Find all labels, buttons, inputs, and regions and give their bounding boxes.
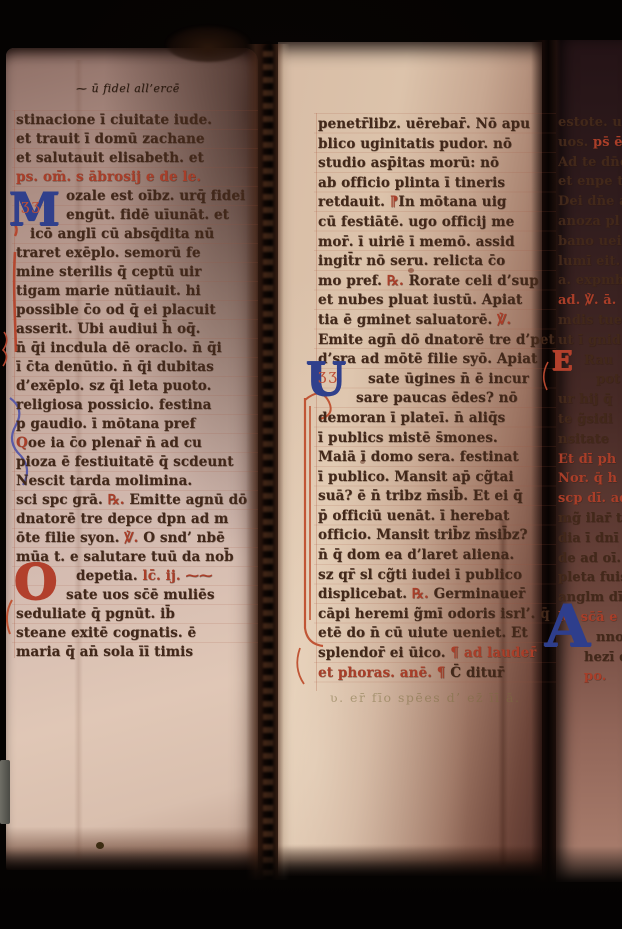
text-line: cū festiātē. ugo officij me — [318, 213, 558, 233]
text-segment: ur hij q̄ — [558, 392, 612, 407]
text-line: ingit̄r nō seru. relicta c̄o — [318, 252, 558, 272]
text-segment: pleta fuis — [558, 570, 622, 585]
text-line: possible c̄o od q̄ ei placuit — [16, 301, 256, 320]
text-line: mine sterilis q̄ ceptū uir — [16, 263, 256, 282]
text-segment: demoran ī plateī. n̄ aliq̄s — [318, 410, 505, 426]
text-line: te g̃sidi — [558, 410, 622, 430]
stain-speck — [360, 460, 365, 464]
text-line: pioza ē festiuitatē q̄ scdeunt — [16, 453, 256, 472]
text-segment: bano ueiē — [558, 234, 622, 249]
text-segment: mg̃ ilar̄ t — [558, 511, 622, 526]
text-line: studio asp̄itas morū: nō — [318, 154, 558, 174]
faded-annotation: ʋ. er̄ fīo spēes d’ ez̄ īī ā. — [330, 690, 520, 705]
text-line: Et dī ph — [558, 450, 622, 470]
text-segment: Germinauer̄ — [434, 586, 526, 602]
text-line: po. — [558, 667, 622, 687]
text-line: suā? ē n̄ tribz m̄sib̄. Et ei q̄ — [318, 487, 558, 507]
text-line: Nescit tarda molimina. — [16, 472, 256, 491]
text-line: tia ē gminet saluatorē. ℣. — [318, 311, 558, 331]
text-line: et enpe ta — [558, 172, 622, 192]
text-line: maria q̄ an̄ sola īī timis — [16, 643, 256, 662]
text-segment: p̄ officiū uenāt. ī herebat — [318, 508, 509, 524]
text-segment: sci spc grā. — [16, 492, 108, 508]
text-line: ī publics mistē s̄mones. — [318, 429, 558, 449]
text-segment: sz qr̄ sl cg̃ti iudei ī publico — [318, 567, 522, 583]
text-segment: C̄ ditur̄ — [450, 665, 504, 681]
text-segment: pioza ē festiuitatē q̄ scdeunt — [16, 454, 234, 470]
text-line: p gaudio. ī mōtana pref — [16, 415, 256, 434]
text-line: ab officio plinta ī tineris — [318, 174, 558, 194]
text-segment: asserit. Ubi audiui h̄ oq̄. — [16, 321, 200, 337]
stain-speck — [408, 268, 414, 273]
text-segment: possible c̄o od q̄ ei placuit — [16, 302, 216, 318]
text-line: retdauit. ⁋In mōtana uig — [318, 193, 558, 213]
text-segment: ℣. — [497, 312, 511, 328]
text-line: estote. u — [558, 113, 622, 133]
text-line: stinacione ī ciuitate iude. — [16, 111, 256, 130]
text-segment: Rorate celi d’sup — [409, 273, 539, 289]
text-line: sare paucas ēdes? nō — [318, 389, 558, 409]
text-line: officio. Mansit trib̄z m̄sib̄z? — [318, 526, 558, 546]
text-line: steane exitē cognatis. ē — [16, 624, 256, 643]
text-line: tigam marie nūtiauit. hi — [16, 282, 256, 301]
text-segment: Nor. q̄ h — [558, 471, 617, 486]
text-segment: ad. ℣. ā. — [558, 293, 616, 308]
text-segment: ozale est oībz. urq̄ fidei — [66, 188, 245, 204]
text-line: nsitate — [558, 430, 622, 450]
text-segment: suā? ē n̄ tribz m̄sib̄. Et ei q̄ — [318, 488, 523, 504]
text-line: blico uginitatis pudor. nō — [318, 135, 558, 155]
text-segment: O snd’ nbē — [143, 530, 225, 546]
text-line: Nor. q̄ h — [558, 469, 622, 489]
text-line: ī c̄ta denūtio. n̄ q̄i dubitas — [16, 358, 256, 377]
text-segment: sate ūgines n̄ ē incur — [368, 371, 529, 387]
text-segment: et nubes pluat iustū. Apiat — [318, 292, 522, 308]
text-segment: dia ī dnī — [558, 531, 619, 546]
text-segment: ℞. — [108, 492, 130, 508]
text-segment: de ad oī. — [558, 551, 621, 566]
text-line: sate ūgines n̄ ē incur — [318, 370, 558, 390]
text-segment: blico uginitatis pudor. nō — [318, 136, 512, 152]
text-line: Qoe ia c̄o plenar̄ n̄ ad cu — [16, 434, 256, 453]
text-segment: uos. — [558, 135, 593, 150]
text-segment: ōte filie syon. — [16, 530, 124, 546]
text-line: dnatorē tre depce dpn ad m — [16, 510, 256, 529]
text-segment: Nescit tarda molimina. — [16, 473, 192, 489]
manuscript-photo: ⁓ ū fidel all’ercē stinacione ī ciuitate… — [0, 0, 622, 929]
text-line: et trauit ī domū zachane — [16, 130, 256, 149]
text-line: ad. ℣. ā. — [558, 291, 622, 311]
text-line: dia ī dnī — [558, 529, 622, 549]
text-segment: sare paucas ēdes? nō — [356, 390, 518, 406]
initial-letter-e: E — [552, 346, 573, 377]
text-segment: oe ia c̄o plenar̄ n̄ ad cu — [28, 435, 202, 451]
text-line: ur hij q̄ — [558, 390, 622, 410]
text-line: etē do n̄ cū uiute ueniet. Et — [318, 624, 558, 644]
text-segment: nno. — [596, 630, 622, 645]
text-segment: ℣. — [124, 530, 143, 546]
text-segment: ab officio plinta ī tineris — [318, 175, 505, 191]
text-segment: ℞. — [387, 273, 409, 289]
text-segment: traret exēplo. semorū fe — [16, 245, 201, 261]
text-line: cāpi heremi g̃mī odoris isrl’. q̄ — [318, 605, 558, 625]
text-segment: studio asp̄itas morū: nō — [318, 155, 499, 171]
text-line: p̄ officiū uenāt. ī herebat — [318, 507, 558, 527]
text-segment: et trauit ī domū zachane — [16, 131, 205, 147]
text-segment: lc̄. ij. ⁓⁓ — [142, 568, 212, 584]
text-segment: po. — [584, 669, 606, 684]
text-segment: tia ē gminet saluatorē. — [318, 312, 497, 328]
filigree-marks: ʒʒ — [318, 366, 339, 384]
text-line: displicebat. ℞. Germinauer̄ — [318, 585, 558, 605]
text-segment: cū festiātē. ugo officij me — [318, 214, 514, 230]
text-segment: sate uos sc̄ē muliēs — [66, 587, 215, 603]
text-segment: d’sra ad mōtē filie syō. Apiat — [318, 351, 537, 367]
text-line: ōte filie syon. ℣. O snd’ nbē — [16, 529, 256, 548]
text-segment: Emite agn̄ dō dnatorē tre d’pet — [318, 332, 555, 348]
text-segment: et phoras. anē. ¶ — [318, 665, 450, 681]
text-line: et nubes pluat iustū. Apiat — [318, 291, 558, 311]
text-line: splendor̄ ei ūico. ¶ ad lauder̄ — [318, 644, 558, 664]
initial-letter-a: A — [545, 592, 590, 660]
text-segment: mine sterilis q̄ ceptū uir — [16, 264, 201, 280]
filigree-marks: ʒʒ — [21, 196, 42, 214]
text-line: mdis tue — [558, 311, 622, 331]
text-line: mor̄. ī uiriē ī memō. assid — [318, 233, 558, 253]
text-segment: engūt. fidē uīunāt. et — [66, 207, 229, 223]
text-segment: lumī eit. — [558, 254, 622, 269]
text-segment: Et dī ph — [558, 452, 616, 467]
text-segment: Maiā ī domo sera. festinat — [318, 449, 519, 465]
text-line: asserit. Ubi audiui h̄ oq̄. — [16, 320, 256, 339]
shadow-vignette — [0, 846, 622, 929]
text-line: Dei dn̄e a — [558, 192, 622, 212]
text-segment: ī publico. Mansit ap̄ cg̃tai — [318, 469, 514, 485]
text-segment: etē do n̄ cū uiute ueniet. Et — [318, 625, 528, 641]
text-segment: d’exēplo. sz q̄i leta puoto. — [16, 378, 211, 394]
text-segment: Dei dn̄e a — [558, 194, 622, 209]
text-segment: mo pref. — [318, 273, 387, 289]
text-segment: tigam marie nūtiauit. hi — [16, 283, 201, 299]
text-segment: Emitte agnū dō — [129, 492, 247, 508]
text-segment: mdis tue — [558, 313, 622, 328]
text-segment: steane exitē cognatis. ē — [16, 625, 196, 641]
text-line: Ad te dn̄e — [558, 153, 622, 173]
text-line: lumī eit. Ā — [558, 252, 622, 272]
text-segment: a. expmba — [558, 273, 622, 288]
text-segment: mor̄. ī uiriē ī memō. assid — [318, 234, 515, 250]
text-segment: n̄ q̄i incdula dē oraclo. n̄ q̄i — [16, 340, 222, 356]
text-line: a. expmba — [558, 271, 622, 291]
text-segment: te g̃sidi — [558, 412, 613, 427]
text-line: et salutauit elisabeth. et — [16, 149, 256, 168]
text-line: penetr̄libz. uērebar̄. Nō apu — [318, 115, 558, 135]
text-segment: stinacione ī ciuitate iude. — [16, 112, 212, 128]
text-line: mo pref. ℞. Rorate celi d’sup — [318, 272, 558, 292]
text-line: n̄ q̄ dom ea d’laret aliena. — [318, 546, 558, 566]
text-segment: pot — [596, 372, 620, 387]
text-segment: et salutauit elisabeth. et — [16, 150, 204, 166]
text-line: anoza pl — [558, 212, 622, 232]
text-segment: ps̄ ē — [593, 135, 622, 150]
text-segment: splendor̄ ei ūico. — [318, 645, 450, 661]
text-segment: In mōtana uig — [398, 194, 506, 210]
text-segment: retdauit. — [318, 194, 390, 210]
text-line: et phoras. anē. ¶ C̄ ditur̄ — [318, 664, 558, 684]
text-segment: dnatorē tre depce dpn ad m — [16, 511, 228, 527]
text-segment: ¶ ad lauder̄ — [450, 645, 536, 661]
text-segment: maria q̄ an̄ sola īī timis — [16, 644, 193, 660]
text-line: scp dī. ad — [558, 489, 622, 509]
text-line: sci spc grā. ℞. Emitte agnū dō — [16, 491, 256, 510]
header-annotation: ⁓ ū fidel all’ercē — [76, 82, 180, 95]
text-line: bano ueiē — [558, 232, 622, 252]
text-segment: Q — [16, 435, 28, 451]
text-segment: cāpi heremi g̃mī odoris isrl’. q̄ — [318, 606, 550, 622]
text-segment: anoza pl — [558, 214, 620, 229]
text-line: n̄ q̄i incdula dē oraclo. n̄ q̄i — [16, 339, 256, 358]
text-line: uos. ps̄ ē — [558, 133, 622, 153]
text-segment: ingit̄r nō seru. relicta c̄o — [318, 253, 505, 269]
right-text-column: penetr̄libz. uērebar̄. Nō apublico ugini… — [318, 115, 558, 683]
text-segment: p gaudio. ī mōtana pref — [16, 416, 196, 432]
text-segment: ī c̄ta denūtio. n̄ q̄i dubitas — [16, 359, 214, 375]
text-segment: et enpe ta — [558, 174, 622, 189]
text-segment: scp dī. ad — [558, 491, 622, 506]
text-line: traret exēplo. semorū fe — [16, 244, 256, 263]
text-segment: n̄ q̄ dom ea d’laret aliena. — [318, 547, 514, 563]
text-line: sz qr̄ sl cg̃ti iudei ī publico — [318, 566, 558, 586]
text-segment: penetr̄libz. uērebar̄. Nō apu — [318, 116, 530, 132]
text-line: Maiā ī domo sera. festinat — [318, 448, 558, 468]
text-line: d’sra ad mōtē filie syō. Apiat — [318, 350, 558, 370]
text-segment: depetia. — [76, 568, 142, 584]
text-segment: displicebat. — [318, 586, 412, 602]
text-line: mg̃ ilar̄ t — [558, 509, 622, 529]
text-line: religiosa possicio. festina — [16, 396, 256, 415]
text-segment: Rau — [584, 353, 613, 368]
text-line: de ad oī. — [558, 549, 622, 569]
text-line: demoran ī plateī. n̄ aliq̄s — [318, 409, 558, 429]
text-line: Emite agn̄ dō dnatorē tre d’pet — [318, 331, 558, 351]
text-line: d’exēplo. sz q̄i leta puoto. — [16, 377, 256, 396]
text-line: ī publico. Mansit ap̄ cg̃tai — [318, 468, 558, 488]
initial-letter-o: O — [14, 552, 58, 611]
text-segment: religiosa possicio. festina — [16, 397, 212, 413]
text-segment: nsitate — [558, 432, 609, 447]
text-segment: Ad te dn̄e — [558, 155, 622, 170]
text-segment: estote. u — [558, 115, 622, 130]
text-segment: officio. Mansit trib̄z m̄sib̄z? — [318, 527, 528, 543]
text-segment: ī publics mistē s̄mones. — [318, 430, 498, 446]
text-line: pleta fuis — [558, 568, 622, 588]
text-segment: ℞. — [412, 586, 434, 602]
